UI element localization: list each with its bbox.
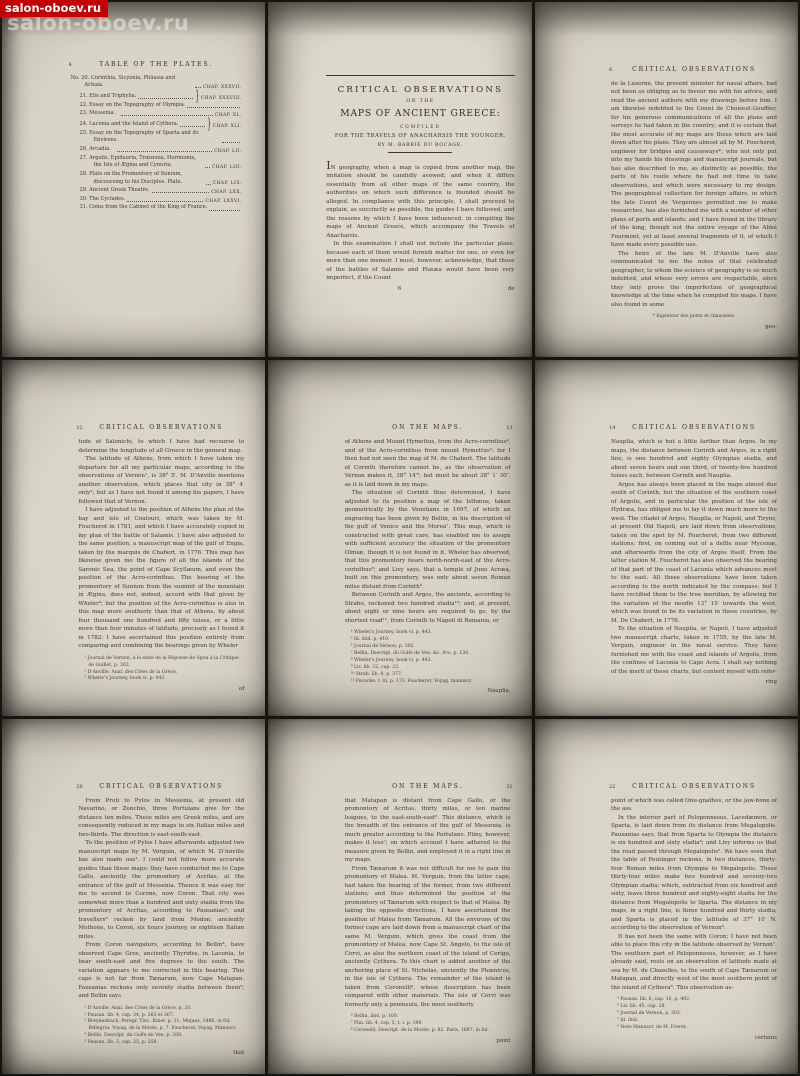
running-title: ON THE MAPS.	[392, 424, 463, 431]
footnote: ⁵ Pausan. lib. 3, cap. 25, p. 258.	[78, 1040, 244, 1047]
page-text-block: 6 CRITICAL OBSERVATIONS de la Luzerne, t…	[611, 66, 777, 330]
chapter-reference: }CHAP. XXXVIII.	[195, 93, 241, 103]
scanned-page: 14 CRITICAL OBSERVATIONS Nauplia, which …	[535, 360, 798, 715]
plate-entry: 28. Plato on the Promontory of Sunium, d…	[70, 171, 241, 186]
scanned-page: 4 TABLE OF THE PLATES. No. 20. Corinthia…	[2, 2, 265, 357]
title-block: CRITICAL OBSERVATIONSON THEMAPS OF ANCIE…	[326, 75, 514, 153]
paragraph: point of which was called Onu-gnathos, o…	[611, 797, 777, 814]
footnotes: ¹ Journal de Vernon, à la suite de la Ré…	[78, 656, 244, 684]
signature-row: 6 de	[326, 286, 514, 292]
signature-row: point	[345, 1038, 511, 1044]
page-body: From Proti to Pylos in Messenia, at pres…	[78, 797, 244, 1001]
title-line: FOR THE TRAVELS OF ANACHARSIS THE YOUNGE…	[326, 133, 514, 139]
scanned-page: 20 CRITICAL OBSERVATIONS From Proti to P…	[2, 719, 265, 1074]
footnote: ⁸ Note Manuscr. de M. Freret.	[611, 1025, 777, 1032]
page-text-block: 12 CRITICAL OBSERVATIONS tude of Salonic…	[78, 424, 244, 692]
title-line: ON THE	[326, 99, 514, 104]
chapter-reference: CHAP. LXXVI.	[205, 199, 241, 206]
plate-entry: 22. Essay on the Topography of Olympia.	[70, 102, 241, 110]
running-title: CRITICAL OBSERVATIONS	[99, 424, 223, 431]
paragraph: The heirs of the late M. D'Anville have …	[611, 250, 777, 310]
footnote: ⁷ Id. ibid.	[611, 1018, 777, 1025]
plate-entry: 23. Messenia.CHAP. XL.	[70, 110, 241, 118]
page-body: tude of Salonichi, to which I have had r…	[78, 438, 244, 651]
plate-entry: 24. Laconia and the Island of Cythera.}C…	[70, 119, 241, 129]
running-head: 4 TABLE OF THE PLATES.	[70, 61, 241, 68]
catchword: certains	[755, 1035, 777, 1041]
chapter-reference: CHAP. XL.	[215, 113, 242, 120]
catchword: point	[497, 1038, 511, 1044]
footnotes: * Ingénieur des ponts et chaussées.	[611, 314, 777, 321]
paragraph: I have adjusted to the position of Athen…	[78, 506, 244, 651]
paragraph: The situation of Corinth thus determined…	[345, 489, 511, 591]
signature-row: Nauplia,	[345, 688, 511, 694]
page-text-block: 22 CRITICAL OBSERVATIONS point of which …	[611, 783, 777, 1041]
signature-row: ring	[611, 679, 777, 685]
chapter-reference: }CHAP. XLI.	[207, 121, 242, 131]
chapter-reference: CHAP. LII.	[214, 149, 242, 156]
running-head: 20 CRITICAL OBSERVATIONS	[78, 783, 244, 790]
footnote: ⁴ Pausan. lib. 6, cap. 16, p. 492.	[611, 997, 777, 1004]
footnote: ¹¹ Pococke, t. iii. p. 173. Foucherot, V…	[345, 679, 511, 686]
catchword: Nauplia,	[487, 688, 510, 694]
plate-entries: No. 20. Corinthia, Sicyonia, Phliasia an…	[70, 75, 241, 212]
footnote: ⁷ Bellin, Descript. du Golfe de Ven. &c.…	[345, 651, 511, 658]
signature-mark: 6	[398, 286, 401, 292]
page-body: de la Luzerne, the present minister for …	[611, 80, 777, 310]
signature-row: of	[78, 686, 244, 692]
catchword: de	[508, 286, 515, 292]
signature-row: certains	[611, 1035, 777, 1041]
page-number-left: 14	[609, 425, 615, 431]
footnotes: ⁶ Bellin, ibid. p. 100.⁷ Plin. lib. 4, c…	[345, 1014, 511, 1035]
footnote: ¹⁰ Strab. lib. 8, p. 377.	[345, 672, 511, 679]
plate-entry: 25. Essay on the Topography of Sparta an…	[70, 130, 241, 145]
pages-grid: 4 TABLE OF THE PLATES. No. 20. Corinthia…	[0, 0, 800, 1076]
page-text-block: CRITICAL OBSERVATIONSON THEMAPS OF ANCIE…	[326, 75, 514, 292]
page-body: Nauplia, which is but a little farther t…	[611, 438, 777, 676]
footnote: ⁹ Liv. lib. 32, cap. 23.	[345, 665, 511, 672]
chapter-reference: CHAP. LXX.	[211, 190, 241, 197]
paragraph: In the interior part of Peloponnesus, La…	[611, 814, 777, 933]
catchword: geo-	[765, 324, 777, 330]
plate-entry: 31. Coins from the Cabinet of the King o…	[70, 204, 241, 212]
page-number-left: 20	[76, 784, 82, 790]
running-title: CRITICAL OBSERVATIONS	[632, 783, 756, 790]
paragraph: To the situation of Nauplia, or Napoli, …	[611, 625, 777, 676]
page-number-right: 21	[506, 784, 512, 790]
footnote: ⁶ Journal de Vernon, p. 302.	[345, 644, 511, 651]
page-text-block: 4 TABLE OF THE PLATES. No. 20. Corinthia…	[70, 61, 241, 213]
footnote: ⁶ Journal de Vernon, p. 302.	[611, 1011, 777, 1018]
site-watermark-badge: salon-oboev.ru	[0, 0, 108, 17]
running-title: TABLE OF THE PLATES.	[99, 61, 213, 68]
page-number-left: 6	[609, 67, 612, 73]
title-rule	[326, 75, 514, 76]
plate-entry: 26. Arcadia.CHAP. LII.	[70, 146, 241, 154]
running-head: ON THE MAPS. 21	[345, 783, 511, 790]
footnote: ⁸ Coronelli, Descript. de la Morée, p. 8…	[345, 1028, 511, 1035]
footnote: ⁸ Wheler's Journey, book vi. p. 443.	[345, 658, 511, 665]
paragraph: To the position of Pylos I have afterwar…	[78, 839, 244, 941]
paragraph: Nauplia, which is but a little farther t…	[611, 438, 777, 481]
running-title: ON THE MAPS.	[392, 783, 463, 790]
footnote: ⁵ Liv. lib. 45, cap. 28.	[611, 1004, 777, 1011]
scanned-page: 6 CRITICAL OBSERVATIONS de la Luzerne, t…	[535, 2, 798, 357]
page-text-block: 14 CRITICAL OBSERVATIONS Nauplia, which …	[611, 424, 777, 685]
running-head: 12 CRITICAL OBSERVATIONS	[78, 424, 244, 431]
page-text-block: 20 CRITICAL OBSERVATIONS From Proti to P…	[78, 783, 244, 1056]
paragraph: From Coron navigators, according to Bell…	[78, 941, 244, 1001]
paragraph: de la Luzerne, the present minister for …	[611, 80, 777, 250]
footnotes: ⁴ Wheler's Journey, book vi. p. 443.⁵ Id…	[345, 630, 511, 685]
catchword: that	[233, 1050, 244, 1056]
signature-row: geo-	[611, 324, 777, 330]
paragraph: The latitude of Athens, from which I hav…	[78, 455, 244, 506]
signature-row: that	[78, 1050, 244, 1056]
scanned-page: 12 CRITICAL OBSERVATIONS tude of Salonic…	[2, 360, 265, 715]
paragraph: Between Corinth and Argos, the ancients,…	[345, 591, 511, 625]
catchword: ring	[766, 679, 777, 685]
footnote: * Ingénieur des ponts et chaussées.	[611, 314, 777, 321]
running-title: CRITICAL OBSERVATIONS	[632, 424, 756, 431]
title-rule	[388, 152, 452, 153]
chapter-reference: CHAP. XXXVII.	[203, 85, 242, 92]
page-body: point of which was called Onu-gnathos, o…	[611, 797, 777, 993]
page-text-block: ON THE MAPS. 13 of Athens and Mount Hyme…	[345, 424, 511, 694]
paragraph: of Athens and Mount Hymettus, from the A…	[345, 438, 511, 489]
footnotes: ⁴ Pausan. lib. 6, cap. 16, p. 492.⁵ Liv.…	[611, 997, 777, 1031]
running-title: CRITICAL OBSERVATIONS	[99, 783, 223, 790]
paragraph: Argos has always been placed in the maps…	[611, 481, 777, 626]
paragraph: From Proti to Pylos in Messenia, at pres…	[78, 797, 244, 840]
page-text-block: ON THE MAPS. 21 that Matapan is distant …	[345, 783, 511, 1044]
running-title: CRITICAL OBSERVATIONS	[632, 66, 756, 73]
scanned-page: 22 CRITICAL OBSERVATIONS point of which …	[535, 719, 798, 1074]
paragraph: that Matapan is distant from Cape Gallo,…	[345, 797, 511, 865]
page-number-left: 4	[68, 62, 71, 68]
plate-entry: 21. Elis and Triphylia.}CHAP. XXXVIII.	[70, 91, 241, 101]
footnote: ³ Breydenbach, Peregr. Tinc. Itiner. p. …	[78, 1019, 244, 1033]
scanned-page: ON THE MAPS. 13 of Athens and Mount Hyme…	[268, 360, 531, 715]
page-number-left: 22	[609, 784, 615, 790]
footnote: ⁶ Bellin, ibid. p. 100.	[345, 1014, 511, 1021]
footnotes: ¹ D'Anville, Anal. des Côtes de la Grèce…	[78, 1006, 244, 1047]
running-head: 14 CRITICAL OBSERVATIONS	[611, 424, 777, 431]
title-line: CRITICAL OBSERVATIONS	[326, 85, 514, 95]
title-line: MAPS OF ANCIENT GREECE:	[326, 108, 514, 119]
scanned-page: ON THE MAPS. 21 that Matapan is distant …	[268, 719, 531, 1074]
plate-entry: No. 20. Corinthia, Sicyonia, Phliasia an…	[70, 75, 241, 90]
running-head: 22 CRITICAL OBSERVATIONS	[611, 783, 777, 790]
page-number-left: 12	[76, 425, 82, 431]
page-body: of Athens and Mount Hymettus, from the A…	[345, 438, 511, 625]
title-line: COMPILED	[326, 124, 514, 129]
plate-entry: 27. Argolis, Epidauria, Trœzenia, Hermio…	[70, 155, 241, 170]
chapter-reference: CHAP. LIX.	[213, 181, 242, 188]
chapter-reference: CHAP. LIII.	[212, 165, 242, 172]
paragraph: From Tænarum it was not difficult for me…	[345, 865, 511, 1010]
page-body: IN geography, when a map is copied from …	[326, 161, 514, 283]
photo-collage: 4 TABLE OF THE PLATES. No. 20. Corinthia…	[0, 0, 800, 1076]
scanned-page: CRITICAL OBSERVATIONSON THEMAPS OF ANCIE…	[268, 2, 531, 357]
title-line: BY M. BARBIÉ DU BOCAGE.	[326, 143, 514, 148]
page-number-right: 13	[506, 425, 512, 431]
paragraph: In this examination I shall not include …	[326, 240, 514, 283]
running-head: ON THE MAPS. 13	[345, 424, 511, 431]
paragraph: IN geography, when a map is copied from …	[326, 161, 514, 241]
running-head: 6 CRITICAL OBSERVATIONS	[611, 66, 777, 73]
plate-entry: 29. Ancient Greek Theatre.CHAP. LXX.	[70, 187, 241, 195]
footnote: ¹ D'Anville, Anal. des Côtes de la Grèce…	[78, 1006, 244, 1013]
paragraph: It has not been the same with Coron; I h…	[611, 933, 777, 993]
page-body: that Matapan is distant from Cape Gallo,…	[345, 797, 511, 1010]
footnote: ³ Wheler's Journey, book vi. p. 443.	[78, 676, 244, 683]
paragraph: tude of Salonichi, to which I have had r…	[78, 438, 244, 455]
footnote: ¹ Journal de Vernon, à la suite de la Ré…	[78, 656, 244, 670]
footnote: ⁷ Plin. lib. 4, cap. 5, t. i. p. 199.	[345, 1021, 511, 1028]
plate-entry: 30. The Cyclades.CHAP. LXXVI.	[70, 196, 241, 204]
catchword: of	[239, 686, 244, 692]
